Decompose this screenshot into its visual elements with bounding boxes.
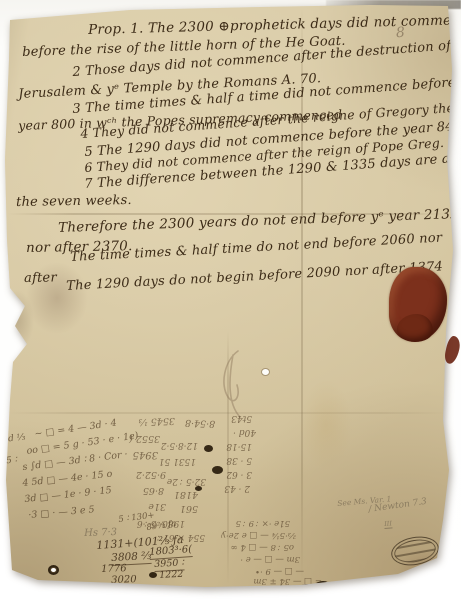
calculation-scribble: 1776 <box>101 564 127 575</box>
handwritten-line: The time times & half time do not end be… <box>70 232 443 264</box>
calculation-scribble: 45 ∶ <box>0 456 18 467</box>
calculation-scribble: 3 · 62 <box>226 469 252 478</box>
calculation-scribble: 2 · 43 <box>224 483 250 492</box>
calculation-scribble: 3945 <box>133 449 158 459</box>
calculation-scribble: = □ — 34 ∓ 3m <box>253 577 322 586</box>
handwritten-line: Therefore the 2300 years do not end befo… <box>58 208 459 235</box>
calculation-scribble: 12·8·5·2 <box>161 440 198 449</box>
catalog-note-3: III <box>384 520 392 528</box>
calculation-scribble: 5t43 <box>231 413 252 422</box>
handwritten-line: the seven weeks. <box>16 194 132 209</box>
calculation-scribble: 8·54·8 <box>185 417 216 428</box>
calculation-scribble: 3552 ( <box>129 434 160 444</box>
calculation-scribble: 89⅔ ƒa <box>146 520 177 533</box>
shelfmark-pencil: Hs 7·3 <box>84 528 117 539</box>
ink-blot <box>212 466 223 474</box>
paper-hole <box>300 585 310 592</box>
stain-center <box>300 380 352 470</box>
handwritten-line: The 1290 days do not begin before 2090 n… <box>66 260 443 293</box>
manuscript-page: 8 Prop. 1. The 2300 ⊕prophetick days did… <box>0 0 461 600</box>
ink-blot <box>340 581 349 587</box>
wax-seal-lower <box>397 314 433 342</box>
calculation-scribble: 4181 <box>174 490 198 500</box>
calculation-scribble: 8·65 <box>143 486 164 496</box>
calculation-scribble: 3020 <box>111 575 137 586</box>
calculation-scribble: 3d □ — 1e · 9 · 15 <box>24 486 112 505</box>
calculation-scribble: — □ — 9 ·• <box>255 567 304 576</box>
handwritten-line: after <box>24 271 57 285</box>
manuscript-page-wrap: 8 Prop. 1. The 2300 ⊕prophetick days did… <box>0 0 461 600</box>
calculation-scribble: 1222 <box>159 570 184 581</box>
calculation-scribble: 3m — □ — e · <box>240 555 300 564</box>
calculation-scribble: 561 <box>180 504 198 514</box>
calculation-scribble: 40d · <box>233 427 256 436</box>
calculation-scribble: o5 ∶ 8 — □ 4 ∞ <box>231 543 294 552</box>
calculation-scribble: 51e ·× ∶ 9 ∶ 5 <box>236 519 290 528</box>
calculation-scribble: 3d ⅓ <box>2 434 26 445</box>
calculation-scribble: ·3 □ · — 3 e 5 <box>28 505 95 520</box>
stain-left-edge <box>0 290 34 350</box>
ink-blot <box>204 445 213 452</box>
calculation-scribble: 3545 ⅓ <box>138 416 175 427</box>
paper-hole <box>262 369 269 375</box>
calculation-scribble: 32·5 ∶ 2e <box>167 476 206 485</box>
calculation-scribble: 1531 51 <box>159 456 196 465</box>
ink-blot <box>195 486 202 491</box>
calculation-scribble: 5 · 38 <box>226 455 252 464</box>
library-stamp-icon <box>389 533 441 569</box>
ink-blot <box>316 581 330 589</box>
manuscript-photo: 8 Prop. 1. The 2300 ⊕prophetick days did… <box>0 0 461 600</box>
pencil-squiggle <box>200 345 260 423</box>
ink-blot <box>149 572 157 578</box>
calculation-scribble: 31e <box>148 502 166 512</box>
calculation-scribble: 9·52·2 <box>136 470 166 480</box>
calculation-scribble: 15·18 <box>226 441 252 450</box>
paper-hole <box>51 568 56 572</box>
calculation-scribble: ⅔·5¼ — □ e 2e·y <box>221 531 296 540</box>
